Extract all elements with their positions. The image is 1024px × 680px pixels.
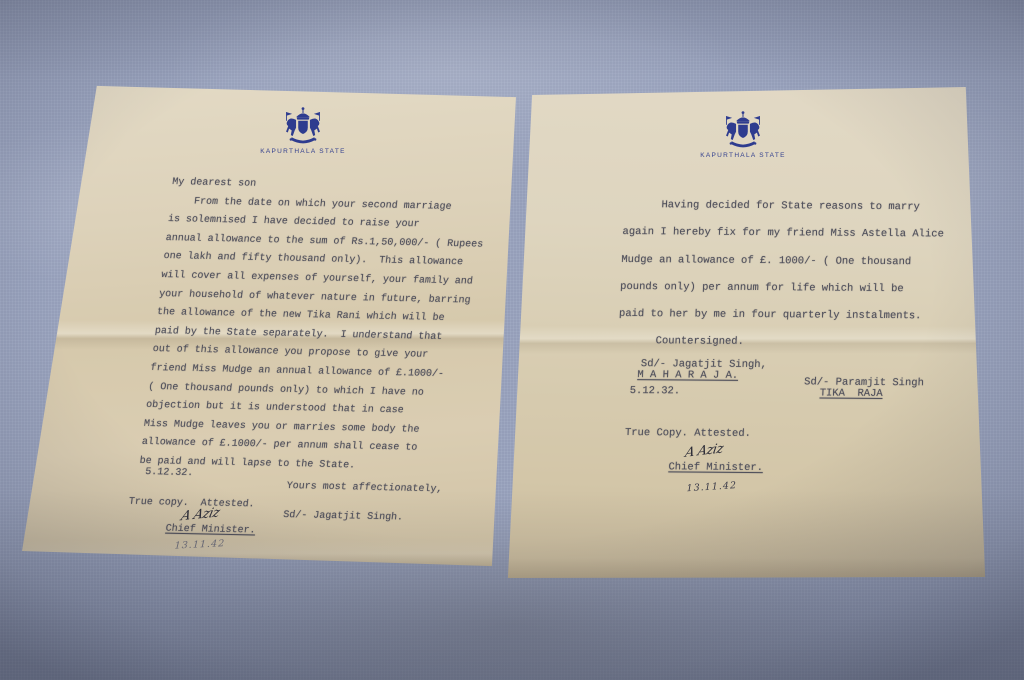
handwritten-signature: A Aziz	[179, 505, 221, 524]
typed-line: Countersigned.	[617, 328, 940, 358]
handwritten-date: 13.11.42	[174, 538, 225, 551]
handwritten-date: 13.11.42	[686, 480, 737, 494]
attestor-title: Chief Minister.	[165, 524, 256, 537]
handwritten-signature: A Aziz	[684, 441, 724, 461]
typed-line: again I hereby fix for my friend Miss As…	[622, 219, 945, 249]
photograph-of-letters: KAPURTHALA STATE My dearest son From the…	[0, 0, 1024, 680]
typed-line: pounds only) per annum for life which wi…	[620, 274, 943, 304]
maharaja-title: M A H A R A J A.	[637, 369, 738, 382]
maharaja-date: 5.12.32.	[629, 385, 680, 397]
left-letter-body: My dearest son From the date on which yo…	[138, 174, 490, 478]
typed-line: Having decided for State reasons to marr…	[623, 192, 946, 222]
typed-line: paid to her by me in four quarterly inst…	[618, 301, 941, 331]
right-letter-body: Having decided for State reasons to marr…	[617, 192, 945, 358]
left-letter-content: My dearest son From the date on which yo…	[0, 79, 519, 577]
left-letter-paper: KAPURTHALA STATE My dearest son From the…	[18, 82, 520, 570]
right-letter-content: Having decided for State reasons to marr…	[484, 79, 989, 585]
typed-line: Mudge an allowance of £. 1000/- ( One th…	[621, 247, 944, 277]
valediction: Yours most affectionately, Sd/- Jagatjit…	[280, 463, 445, 543]
valediction-line: Yours most affectionately,	[286, 482, 443, 495]
signature-typed: Sd/- Jagatjit Singh.	[283, 511, 440, 524]
attestor-title: Chief Minister.	[668, 461, 763, 474]
left-letter-date: 5.12.32.	[145, 467, 194, 479]
attestation-line: True Copy. Attested.	[625, 427, 752, 440]
right-letter-paper: KAPURTHALA STATE Having decided for Stat…	[505, 80, 989, 582]
tika-raja-title: TIKA RAJA	[819, 388, 883, 400]
